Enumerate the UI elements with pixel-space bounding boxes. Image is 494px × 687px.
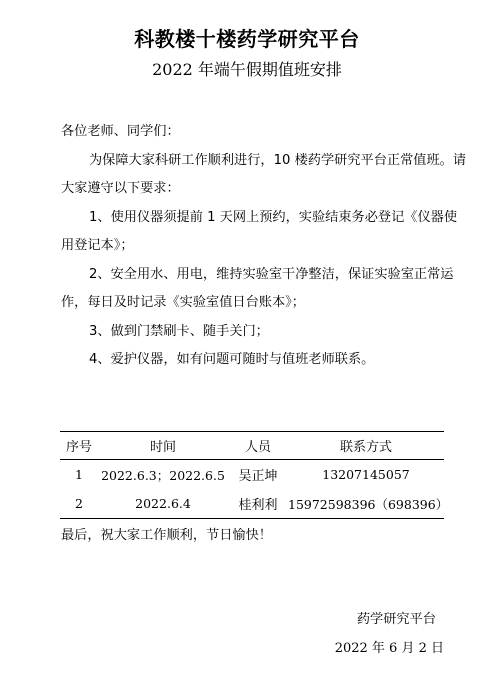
issue-date: 2022 年 6 月 2 日 — [335, 639, 444, 659]
cell-time: 2022.6.4 — [98, 489, 228, 519]
intro-line-2: 大家遵守以下要求： — [61, 175, 451, 204]
duty-schedule-table: 序号 时间 人员 联系方式 1 2022.6.3；2022.6.5 吴正坤 13… — [60, 431, 444, 519]
header-person: 人员 — [228, 432, 288, 460]
cell-no: 2 — [60, 489, 98, 519]
cell-person: 桂利利 — [228, 489, 288, 519]
greeting: 各位老师、同学们： — [61, 118, 451, 147]
header-no: 序号 — [60, 432, 98, 460]
table-header-row: 序号 时间 人员 联系方式 — [60, 432, 444, 460]
notice-body: 各位老师、同学们： 为保障大家科研工作顺利进行，10 楼药学研究平台正常值班。请… — [61, 118, 451, 375]
cell-contact: 15972598396（698396） — [288, 489, 444, 519]
document-subtitle: 2022 年端午假期值班安排 — [0, 59, 494, 81]
document-title: 科教楼十楼药学研究平台 — [0, 26, 494, 52]
requirement-4: 4、爱护仪器，如有问题可随时与值班老师联系。 — [61, 346, 451, 375]
header-time: 时间 — [98, 432, 228, 460]
signature: 药学研究平台 — [357, 610, 444, 630]
requirement-1-line-2: 用登记本》； — [61, 232, 451, 261]
requirement-2-line-2: 作，每日及时记录《实验室值日台账本》； — [61, 289, 451, 318]
table-row: 2 2022.6.4 桂利利 15972598396（698396） — [60, 489, 444, 519]
requirement-3: 3、做到门禁刷卡、随手关门； — [61, 318, 451, 347]
closing-remark: 最后，祝大家工作顺利，节日愉快！ — [61, 522, 272, 550]
requirement-1-line-1: 1、使用仪器须提前 1 天网上预约，实验结束务必登记《仪器使 — [61, 204, 451, 233]
intro-line-1: 为保障大家科研工作顺利进行，10 楼药学研究平台正常值班。请 — [61, 147, 451, 176]
cell-no: 1 — [60, 460, 98, 490]
cell-contact: 13207145057 — [288, 460, 444, 490]
requirement-2-line-1: 2、安全用水、用电，维持实验室干净整洁，保证实验室正常运 — [61, 261, 451, 290]
header-contact: 联系方式 — [288, 432, 444, 460]
table-row: 1 2022.6.3；2022.6.5 吴正坤 13207145057 — [60, 460, 444, 490]
cell-time: 2022.6.3；2022.6.5 — [98, 460, 228, 490]
cell-person: 吴正坤 — [228, 460, 288, 490]
